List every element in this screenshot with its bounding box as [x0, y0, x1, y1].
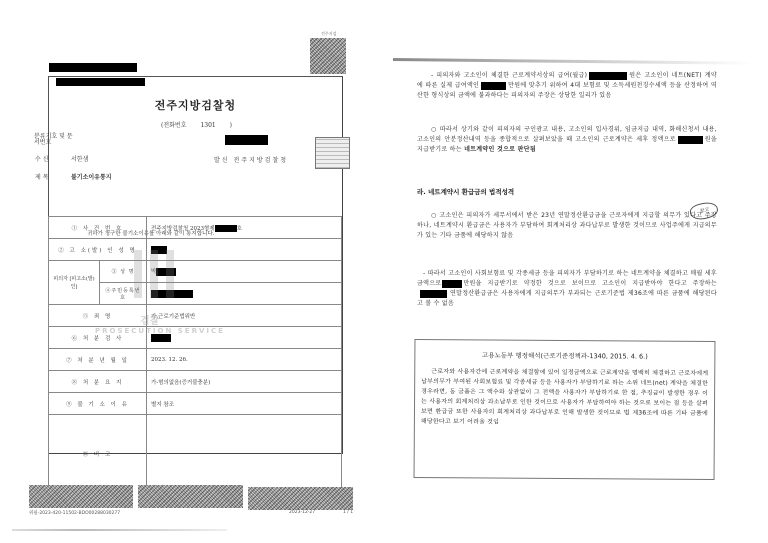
row-label: ① 사 건 번 호 [49, 217, 147, 239]
row-value: 2023. 12. 26. [147, 349, 342, 371]
box-text: 근로자와 사용자간에 근로계약을 체결함에 있어 일정금액으로 근로계약을 명백… [421, 367, 708, 429]
row-value: 박 [147, 261, 342, 283]
row-value: 별지 참조 [147, 393, 342, 415]
document-frame: 전주지방검찰청 (전화번호 1301 ) 분류기호 및 문서번호 수 신 서한샘… [48, 76, 343, 454]
redaction-bar [678, 136, 703, 144]
paragraph-refund: ○ 고소인은 피의자가 세무서에서 받은 23년 연말정산환급금을 근로자에게 … [417, 211, 717, 241]
bold-text: 네트계약인 것으로 판단됨 [464, 146, 536, 153]
redaction-bar [420, 290, 447, 298]
suspect-group-label: 피의자 [피고소(발)인] [49, 261, 100, 305]
ministry-interpretation-box: 고용노동부 행정해석(근로기준정책과-1340, 2015. 4. 6.) 근로… [414, 339, 716, 480]
scan-shadow [393, 58, 753, 65]
document-title: 전주지방검찰청 [49, 97, 342, 113]
row-label: ② 고 소(발) 인 성 명 [49, 239, 147, 261]
watermark-text: PROSECUTION SERVICE [95, 327, 225, 335]
row-value [147, 283, 342, 305]
redaction-bar [442, 280, 462, 288]
qr-code [310, 38, 346, 74]
barcode [138, 485, 243, 508]
redaction-bar [49, 63, 137, 72]
row-value: 가-혐의없음(증거불충분) [147, 371, 342, 393]
row-label: ③ 성 명 [100, 261, 147, 283]
subject-label: 제 목 [35, 172, 49, 181]
text: ○ 고소인은 피의자가 세무서에서 받은 23년 연말정산환급금을 근로자에게 … [417, 212, 717, 239]
document-code: 위필-2023-420-11502-BDO00288030277 [29, 510, 120, 516]
case-number: 전주지방검찰청 2023형제 [151, 226, 215, 232]
barcode [248, 487, 353, 510]
row-value: 전주지방검찰청 2023형제호 [147, 217, 342, 239]
page-number: 1 / 1 [343, 510, 353, 515]
row-label: ⑦ 처 분 년 월 일 [49, 349, 147, 371]
table-row: ⑤ 죄 명 가.근로기준법위반 [49, 305, 342, 327]
table-row: 피의자 [피고소(발)인] ③ 성 명 박 [49, 261, 342, 283]
box-title: 고용노동부 행정해석(근로기준정책과-1340, 2015. 4. 6.) [415, 350, 714, 361]
phone-label: (전화번호 [161, 122, 187, 129]
row-label: ④주민등록번호 [100, 283, 147, 305]
watermark-korean: 검찰 [140, 312, 159, 327]
text: ○ 따라서 상기와 같이 피의자의 구인광고 내용, 고소인의 입사경위, 임금… [417, 126, 717, 143]
redaction-bar [481, 82, 506, 90]
sender: 발신 전주지방검찰청 [214, 155, 288, 164]
recipient-label: 수 신 [35, 154, 49, 163]
text: 연말정산환급금은 사용자에게 지급의무가 부과되는 근로기준법 제36조에 따른… [417, 290, 717, 307]
recipient-value: 서한샘 [71, 154, 88, 163]
section-heading: 라. 네트계약시 환급금의 법적성격 [417, 187, 514, 196]
table-row: ⑧ 처 분 요 지 가-혐의없음(증거불충분) [49, 371, 342, 393]
row-label: ⑤ 죄 명 [49, 305, 147, 327]
scan-shadow [12, 529, 227, 531]
phone-number: (전화번호 1301 ) [161, 120, 232, 129]
table-row: ② 고 소(발) 인 성 명 [49, 239, 342, 261]
table-row: ⑩ 비 고 [49, 415, 342, 494]
reason-document-page: - 피의자와 고소인이 체결한 근로계약서상의 급여(월급)원은 고소인이 네트… [390, 0, 768, 543]
redaction-bar [589, 72, 627, 80]
redaction-bar [151, 246, 167, 254]
text: 만원을 지급받기로 약정한 것으로 보이므로 고소인이 지급받아야 한다고 주장… [463, 280, 717, 287]
redaction-bar [225, 135, 268, 145]
phone-close: ) [230, 122, 232, 129]
notice-table: ① 사 건 번 호 전주지방검찰청 2023형제호 ② 고 소(발) 인 성 명… [48, 216, 342, 493]
barcode [29, 485, 133, 508]
qr-label: 전주지검 [321, 31, 336, 37]
phone-value: 1301 [200, 122, 215, 129]
paragraph-conclusion: - 따라서 고소인이 사회보험료 및 각종세금 등을 피의자가 부담하기로 하는… [417, 269, 717, 309]
text: - 피의자와 고소인이 체결한 근로계약서상의 급여(월급) [431, 72, 587, 79]
row-label: ⑨ 불 기 소 이 유 [49, 393, 147, 415]
row-value: 가.근로기준법위반 [147, 305, 342, 327]
issue-date: 2023-12-27 [289, 510, 315, 515]
row-value [147, 239, 342, 261]
table-row: ① 사 건 번 호 전주지방검찰청 2023형제호 [49, 217, 342, 239]
paragraph-salary: - 피의자와 고소인이 체결한 근로계약서상의 급여(월급)원은 고소인이 네트… [417, 71, 717, 101]
redaction-bar [151, 290, 193, 298]
case-suffix: 호 [237, 226, 242, 232]
classification-label: 분류기호 및 문서번호 [34, 134, 74, 146]
redaction-bar [56, 78, 145, 86]
table-row: ⑨ 불 기 소 이 유 별지 참조 [49, 393, 342, 415]
redaction-bar [156, 268, 176, 276]
row-label: ⑧ 처 분 요 지 [49, 371, 147, 393]
paragraph-net-contract: ○ 따라서 상기와 같이 피의자의 구인광고 내용, 고소인의 입사경위, 임금… [417, 125, 717, 155]
official-seal [315, 137, 350, 169]
subject-value: 불기소이유통지 [71, 172, 112, 181]
row-label: ⑩ 비 고 [49, 415, 147, 494]
row-value [147, 415, 342, 494]
notice-document-page: 전주지검 전주지방검찰청 (전화번호 1301 ) 분류기호 및 문서번호 수 … [0, 0, 384, 543]
table-row: ⑦ 처 분 년 월 일 2023. 12. 26. [49, 349, 342, 371]
redaction-bar [215, 225, 237, 232]
